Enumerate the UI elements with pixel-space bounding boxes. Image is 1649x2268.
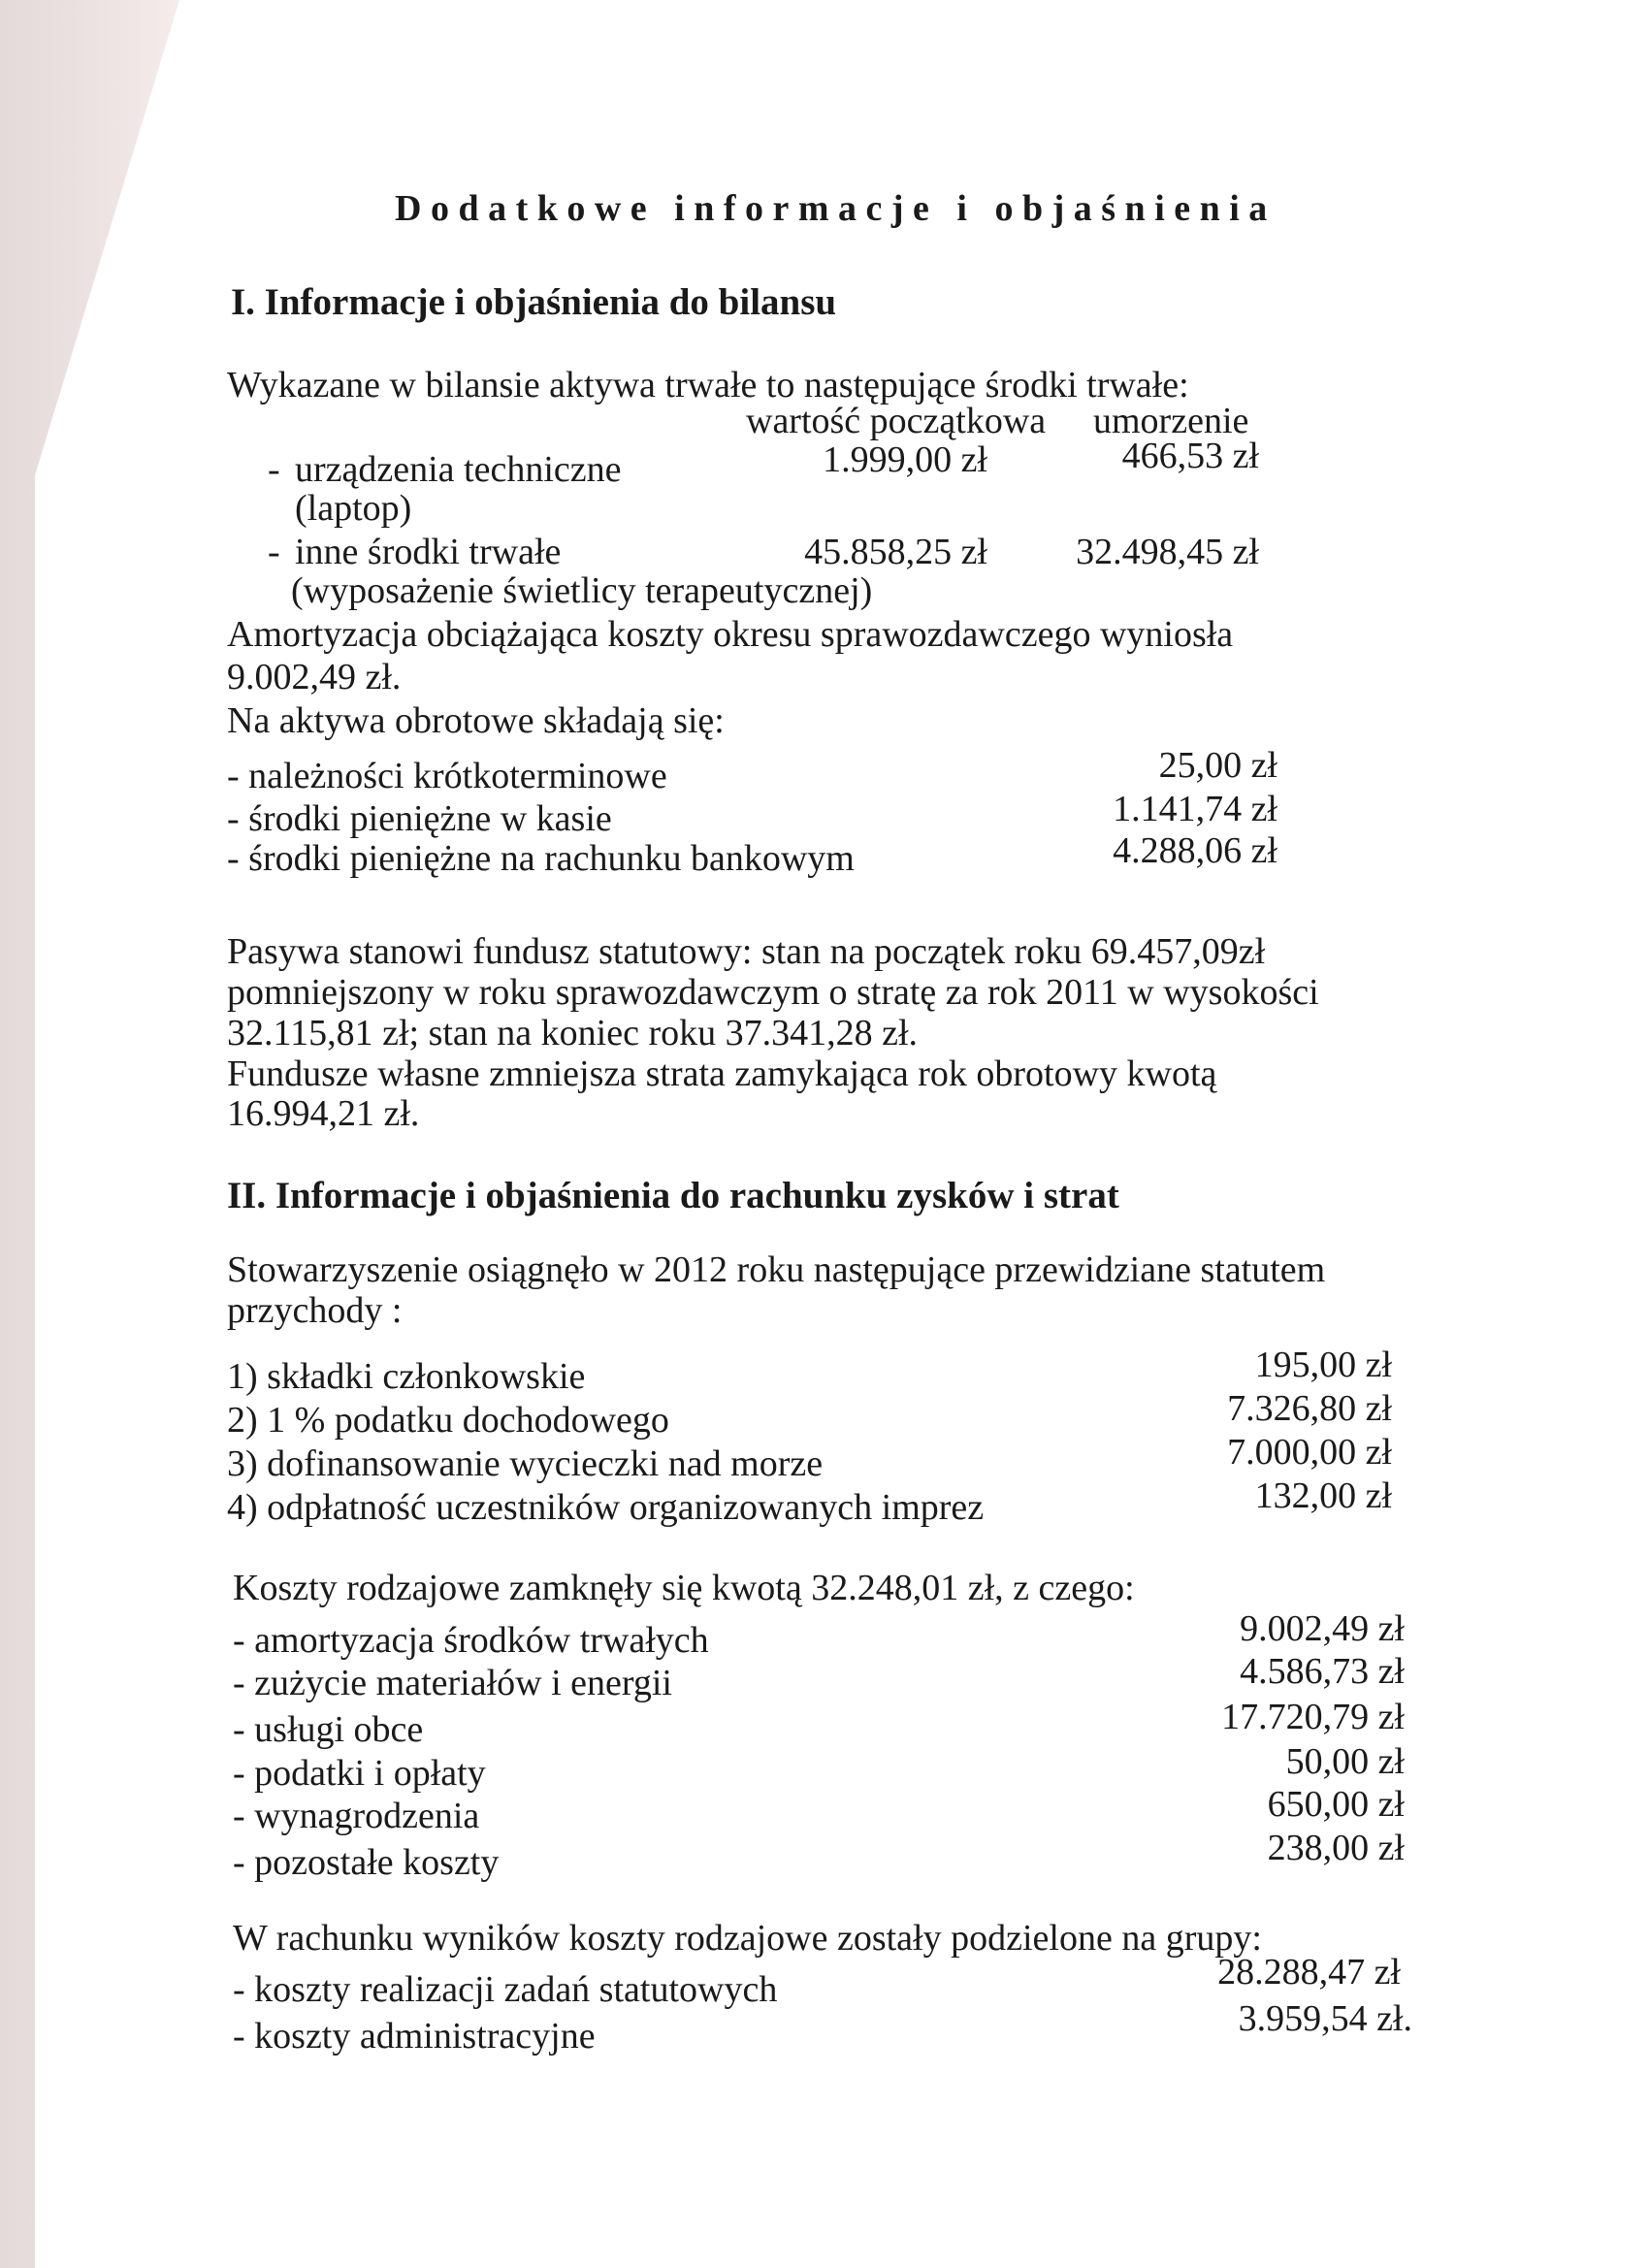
- liabilities-text-line: Fundusze własne zmniejsza strata zamykaj…: [227, 1055, 1216, 1092]
- current-asset-value: 4.288,06 zł: [1113, 832, 1277, 869]
- cost-value: 50,00 zł: [1286, 1743, 1405, 1780]
- revenue-value: 7.326,80 zł: [1227, 1390, 1392, 1427]
- asset-initial-value: 1.999,00 zł: [823, 441, 987, 478]
- cost-group-value: 3.959,54 zł.: [1239, 2000, 1412, 2037]
- header-initial-value: wartość początkowa: [746, 403, 1046, 439]
- revenue-label: 3) dofinansowanie wycieczki nad morze: [227, 1445, 823, 1482]
- costs-intro: Koszty rodzajowe zamknęły się kwotą 32.2…: [233, 1570, 1135, 1606]
- liabilities-text-line: pomniejszony w roku sprawozdawczym o str…: [227, 974, 1319, 1011]
- revenue-intro-cont: przychody :: [227, 1292, 402, 1329]
- cost-value: 9.002,49 zł: [1240, 1610, 1405, 1647]
- cost-group-label: - koszty realizacji zadań statutowych: [233, 1971, 777, 2008]
- cost-label: - zużycie materiałów i energii: [233, 1665, 672, 1701]
- asset-detail: (wyposażenie świetlicy terapeutycznej): [291, 572, 872, 609]
- revenue-label: 2) 1 % podatku dochodowego: [227, 1402, 669, 1439]
- revenue-value: 195,00 zł: [1255, 1346, 1392, 1383]
- cost-label: - pozostałe koszty: [233, 1844, 499, 1881]
- liabilities-text-line: 16.994,21 zł.: [227, 1095, 419, 1132]
- revenue-value: 132,00 zł: [1255, 1477, 1392, 1514]
- cost-label: - amortyzacja środków trwałych: [233, 1622, 709, 1659]
- current-asset-value: 1.141,74 zł: [1113, 791, 1277, 827]
- asset-initial-value: 45.858,25 zł: [804, 534, 987, 570]
- cost-groups-intro: W rachunku wyników koszty rodzajowe zost…: [233, 1920, 1262, 1957]
- current-asset-label: - środki pieniężne na rachunku bankowym: [227, 840, 855, 877]
- asset-depreciation: 466,53 zł: [1122, 437, 1259, 474]
- liabilities-text-line: Pasywa stanowi fundusz statutowy: stan n…: [227, 933, 1265, 970]
- scan-shadow-edge: [0, 0, 194, 2268]
- asset-depreciation: 32.498,45 zł: [1076, 534, 1259, 570]
- section-1-heading: I. Informacje i objaśnienia do bilansu: [231, 283, 836, 321]
- current-asset-label: - środki pieniężne w kasie: [227, 800, 612, 837]
- bullet-dash: -: [268, 534, 280, 570]
- bullet-dash: -: [268, 451, 280, 488]
- cost-value: 238,00 zł: [1268, 1830, 1405, 1866]
- cost-group-label: - koszty administracyjne: [233, 2018, 596, 2055]
- current-asset-value: 25,00 zł: [1159, 747, 1277, 784]
- current-assets-intro: Na aktywa obrotowe składają się:: [227, 702, 725, 739]
- revenue-value: 7.000,00 zł: [1227, 1434, 1392, 1471]
- asset-detail: (laptop): [295, 490, 411, 527]
- document-title: Dodatkowe informacje i objaśnienia: [395, 190, 1277, 227]
- cost-value: 650,00 zł: [1268, 1786, 1405, 1823]
- revenue-label: 1) składki członkowskie: [227, 1358, 585, 1395]
- cost-label: - usługi obce: [233, 1711, 423, 1748]
- cost-group-value: 28.288,47 zł: [1217, 1954, 1401, 1991]
- section-2-heading: II. Informacje i objaśnienia do rachunku…: [227, 1177, 1119, 1215]
- revenue-label: 4) odpłatność uczestników organizowanych…: [227, 1489, 984, 1526]
- amortization-value: 9.002,49 zł.: [227, 659, 401, 696]
- revenue-intro: Stowarzyszenie osiągnęło w 2012 roku nas…: [227, 1251, 1325, 1288]
- header-depreciation: umorzenie: [1093, 403, 1248, 439]
- current-asset-label: - należności krótkoterminowe: [227, 758, 667, 794]
- fixed-assets-intro: Wykazane w bilansie aktywa trwałe to nas…: [227, 367, 1189, 404]
- cost-value: 4.586,73 zł: [1240, 1653, 1405, 1690]
- cost-label: - wynagrodzenia: [233, 1798, 479, 1834]
- cost-value: 17.720,79 zł: [1221, 1699, 1405, 1735]
- liabilities-text-line: 32.115,81 zł; stan na koniec roku 37.341…: [227, 1015, 918, 1052]
- amortization-text: Amortyzacja obciążająca koszty okresu sp…: [227, 616, 1233, 653]
- cost-label: - podatki i opłaty: [233, 1755, 486, 1792]
- asset-name: urządzenia techniczne: [295, 451, 622, 488]
- asset-name: inne środki trwałe: [295, 534, 561, 570]
